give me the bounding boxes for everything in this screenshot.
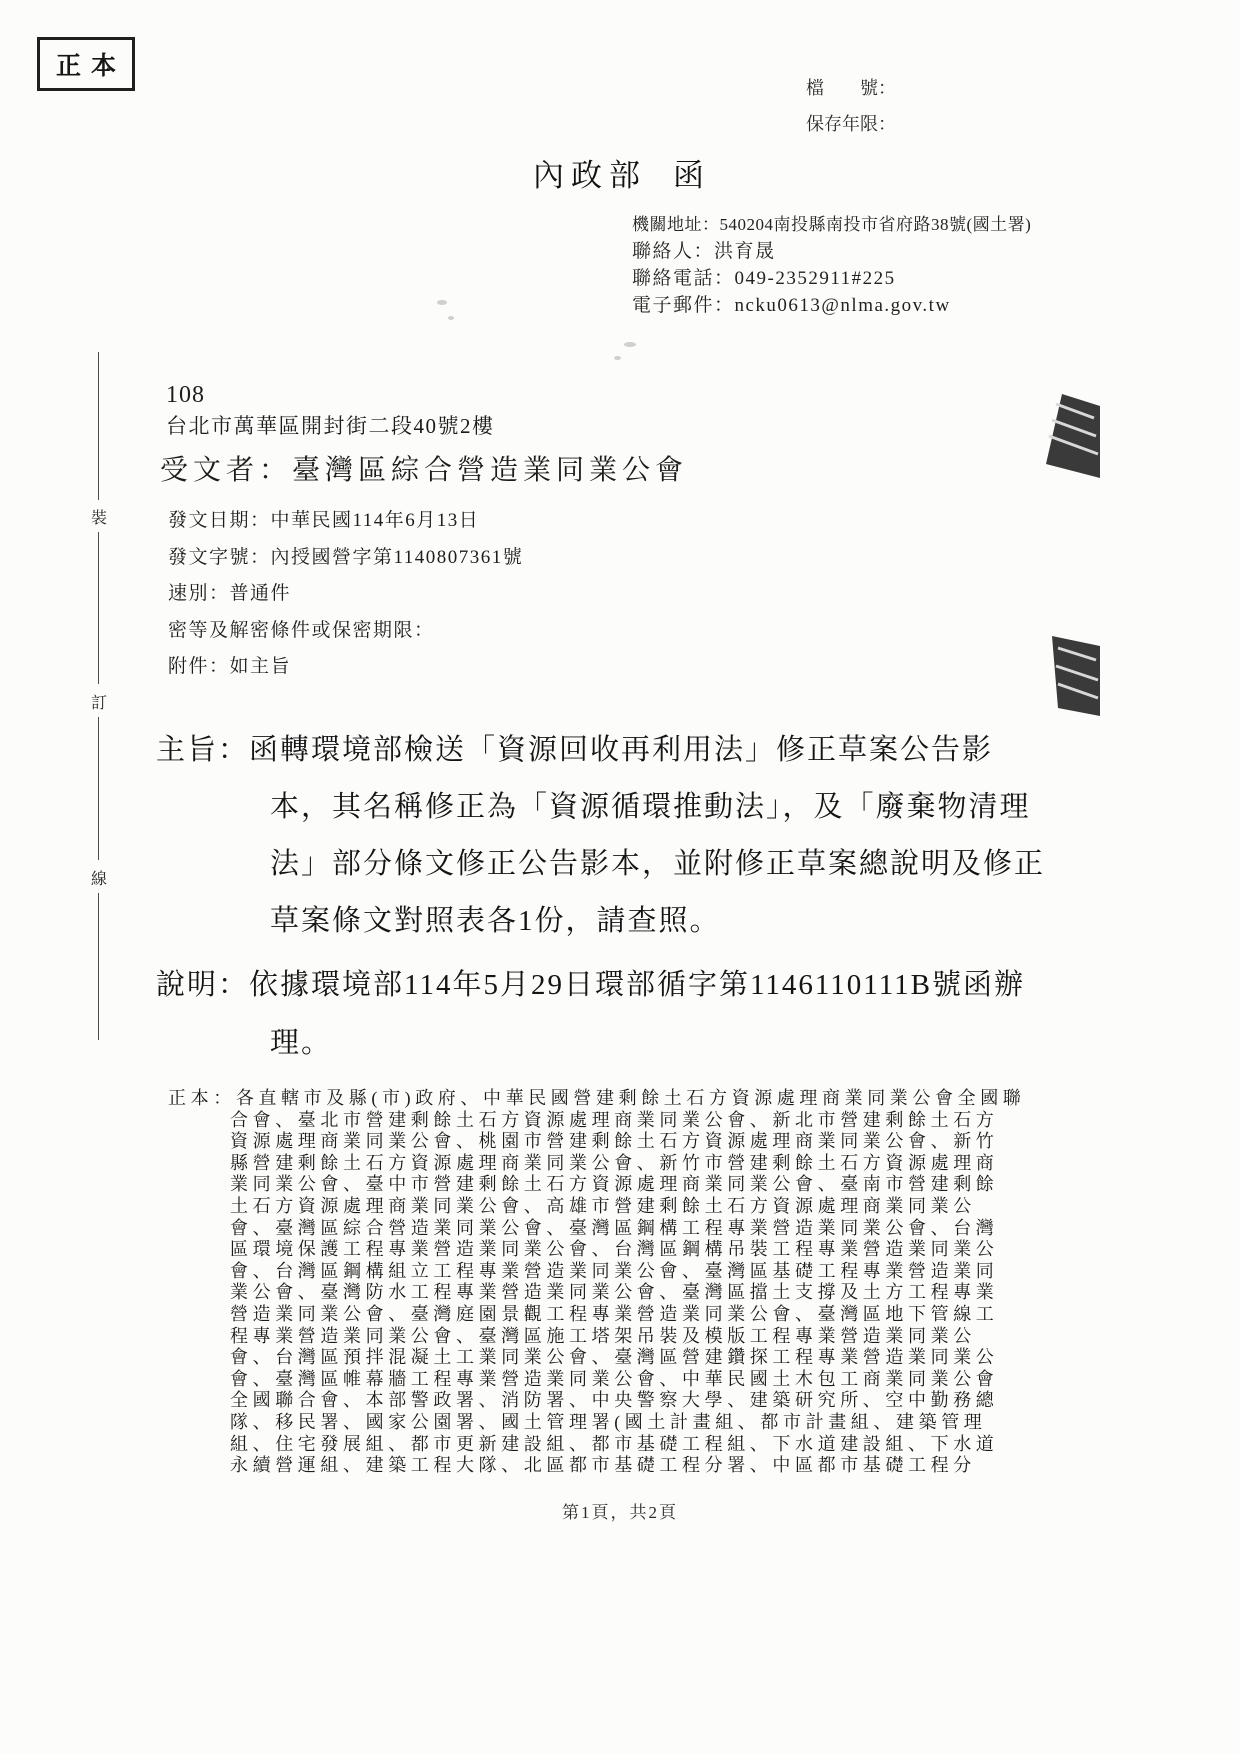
- subject-label: 主旨：: [156, 734, 249, 766]
- description-text: 依據環境部114年5月29日環部循字第1146110111B號函辦: [249, 969, 1025, 1001]
- subject-line: 法」部分條文修正公告影本，並附修正草案總說明及修正: [156, 836, 1045, 893]
- copy-to-line: 永續營運組、建築工程大隊、北區都市基礎工程分署、中區都市基礎工程分: [168, 1455, 1025, 1477]
- copy-to-line: 隊、移民署、國家公園署、國土管理署(國土計畫組、都市計畫組、建築管理: [168, 1412, 1025, 1434]
- copy-to-line: 業公會、臺灣防水工程專業營造業同業公會、臺灣區擋土支撐及土方工程專業: [168, 1282, 1025, 1304]
- attachment-note: 附件：如主旨: [168, 649, 523, 686]
- recipient-address: 台北市萬華區開封街二段40號2樓: [166, 410, 495, 440]
- binding-line-segment: [98, 352, 99, 500]
- security-classification: 密等及解密條件或保密期限：: [168, 613, 523, 650]
- description-line: 說明：依據環境部114年5月29日環部循字第1146110111B號函辦: [156, 956, 1025, 1014]
- subject-line: 本，其名稱修正為「資源循環推動法」，及「廢棄物清理: [156, 779, 1045, 836]
- recipient-postal-code: 108: [166, 382, 205, 409]
- scan-noise: [437, 300, 447, 305]
- binding-line-segment: [98, 532, 99, 684]
- copy-to-line: 資源處理商業同業公會、桃園市營建剩餘土石方資源處理商業同業公會、新竹: [168, 1131, 1025, 1153]
- subject-line: 草案條文對照表各1份，請查照。: [156, 893, 1045, 950]
- copy-to-label: 正本：: [168, 1088, 236, 1108]
- sender-contact-block: 機關地址：540204南投縣南投市省府路38號(國土署) 聯絡人：洪育晟 聯絡電…: [632, 212, 1031, 319]
- document-number: 發文字號：內授國營字第1140807361號: [168, 540, 523, 577]
- original-copy-stamp: 正本: [37, 37, 135, 91]
- agency-address: 機關地址：540204南投縣南投市省府路38號(國土署): [632, 212, 1031, 238]
- copy-to-line: 區環境保護工程專業營造業同業公會、台灣區鋼構吊裝工程專業營造業同業公: [168, 1239, 1025, 1261]
- copy-to-line: 會、臺灣區綜合營造業同業公會、臺灣區鋼構工程專業營造業同業公會、台灣: [168, 1218, 1025, 1240]
- description-label: 說明：: [156, 969, 249, 1001]
- scan-noise: [624, 342, 636, 347]
- copy-to-line: 土石方資源處理商業同業公會、高雄市營建剩餘土石方資源處理商業同業公: [168, 1196, 1025, 1218]
- copy-to-line: 會、臺灣區帷幕牆工程專業營造業同業公會、中華民國土木包工商業同業公會: [168, 1369, 1025, 1391]
- recipient-line: 受文者：臺灣區綜合營造業同業公會: [160, 448, 688, 488]
- binding-mark-zhuang: 裝: [89, 505, 109, 528]
- copy-to-line: 全國聯合會、本部警政署、消防署、中央警察大學、建築研究所、空中勤務總: [168, 1390, 1025, 1412]
- copy-to-line: 業同業公會、臺中市營建剩餘土石方資源處理商業同業公會、臺南市營建剩餘: [168, 1174, 1025, 1196]
- recipient-label: 受文者：: [160, 455, 292, 486]
- issuing-agency: 內政部: [533, 158, 647, 193]
- scan-noise: [614, 356, 621, 360]
- subject-line: 主旨：函轉環境部檢送「資源回收再利用法」修正草案公告影: [156, 722, 1045, 779]
- copy-to-line: 縣營建剩餘土石方資源處理商業同業公會、新竹市營建剩餘土石方資源處理商: [168, 1153, 1025, 1175]
- document-meta-block: 發文日期：中華民國114年6月13日 發文字號：內授國營字第1140807361…: [168, 503, 523, 686]
- document-title: 內政部函: [533, 150, 711, 195]
- file-number-label: 檔 號：: [806, 70, 896, 106]
- scan-noise: [448, 316, 454, 320]
- subject-text: 函轉環境部檢送「資源回收再利用法」修正草案公告影: [249, 734, 993, 766]
- contact-phone: 聯絡電話：049-2352911#225: [632, 265, 1031, 292]
- binding-mark-xian: 線: [89, 866, 109, 889]
- contact-person: 聯絡人：洪育晟: [632, 238, 1031, 265]
- copy-to-line: 正本：各直轄市及縣(市)政府、中華民國營建剩餘土石方資源處理商業同業公會全國聯: [168, 1088, 1025, 1110]
- partial-seal-stamp: [1032, 392, 1100, 722]
- scanned-official-letter: 正本 檔 號： 保存年限： 內政部函 機關地址：540204南投縣南投市省府路3…: [0, 0, 1240, 1754]
- page-number: 第1頁，共2頁: [0, 1498, 1240, 1523]
- subject-block: 主旨：函轉環境部檢送「資源回收再利用法」修正草案公告影 本，其名稱修正為「資源循…: [156, 722, 1045, 950]
- binding-line-segment: [98, 893, 99, 1040]
- contact-email: 電子郵件：ncku0613@nlma.gov.tw: [632, 292, 1031, 319]
- delivery-speed: 速別：普通件: [168, 576, 523, 613]
- original-copy-stamp-label: 正本: [46, 46, 126, 82]
- description-block: 說明：依據環境部114年5月29日環部循字第1146110111B號函辦 理。: [156, 956, 1025, 1072]
- binding-line-segment: [98, 717, 99, 860]
- copy-to-line: 營造業同業公會、臺灣庭園景觀工程專業營造業同業公會、臺灣區地下管線工: [168, 1304, 1025, 1326]
- retention-period-label: 保存年限：: [806, 106, 896, 142]
- copy-to-line: 組、住宅發展組、都市更新建設組、都市基礎工程組、下水道建設組、下水道: [168, 1434, 1025, 1456]
- copy-to-line: 合會、臺北市營建剩餘土石方資源處理商業同業公會、新北市營建剩餘土石方: [168, 1110, 1025, 1132]
- binding-mark-ding: 訂: [89, 690, 109, 713]
- document-type: 函: [673, 158, 711, 193]
- copy-to-text: 各直轄市及縣(市)政府、中華民國營建剩餘土石方資源處理商業同業公會全國聯: [236, 1088, 1026, 1108]
- file-header: 檔 號： 保存年限：: [806, 70, 896, 142]
- issue-date: 發文日期：中華民國114年6月13日: [168, 503, 523, 540]
- description-line: 理。: [156, 1014, 1025, 1072]
- recipient-name: 臺灣區綜合營造業同業公會: [292, 455, 688, 486]
- copy-to-line: 會、台灣區鋼構組立工程專業營造業同業公會、臺灣區基礎工程專業營造業同: [168, 1261, 1025, 1283]
- copy-to-block: 正本：各直轄市及縣(市)政府、中華民國營建剩餘土石方資源處理商業同業公會全國聯 …: [168, 1088, 1025, 1477]
- copy-to-line: 會、台灣區預拌混凝土工業同業公會、臺灣區營建鑽探工程專業營造業同業公: [168, 1347, 1025, 1369]
- copy-to-line: 程專業營造業同業公會、臺灣區施工塔架吊裝及模版工程專業營造業同業公: [168, 1326, 1025, 1348]
